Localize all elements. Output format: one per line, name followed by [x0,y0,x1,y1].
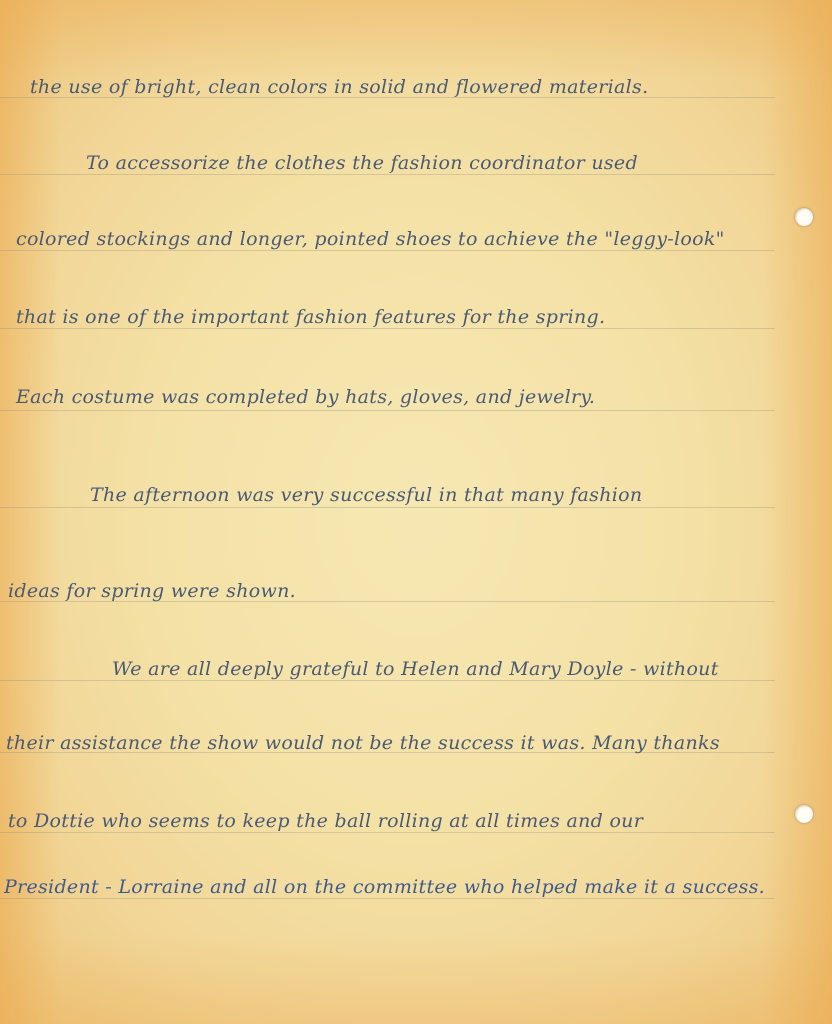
ruled-line [0,410,775,411]
text-line-6: The afternoon was very successful in tha… [90,484,642,506]
ruled-line [0,832,775,833]
ruled-line [0,680,775,681]
ruled-line [0,250,775,251]
text-line-4: that is one of the important fashion fea… [16,306,605,328]
text-line-9: their assistance the show would not be t… [6,732,720,754]
text-line-7: ideas for spring were shown. [8,580,296,602]
text-line-1: the use of bright, clean colors in solid… [30,76,648,98]
ruled-line [0,898,775,899]
ruled-line [0,174,775,175]
hole-punch [795,208,813,226]
text-line-5: Each costume was completed by hats, glov… [16,386,595,408]
text-line-11: President - Lorraine and all on the comm… [4,876,765,898]
text-line-10: to Dottie who seems to keep the ball rol… [8,810,643,832]
hole-punch [795,805,813,823]
text-line-2: To accessorize the clothes the fashion c… [86,152,638,174]
text-line-3: colored stockings and longer, pointed sh… [16,228,725,250]
ruled-line [0,507,775,508]
ruled-line [0,328,775,329]
handwritten-page: the use of bright, clean colors in solid… [0,0,832,1024]
text-line-8: We are all deeply grateful to Helen and … [112,658,719,680]
